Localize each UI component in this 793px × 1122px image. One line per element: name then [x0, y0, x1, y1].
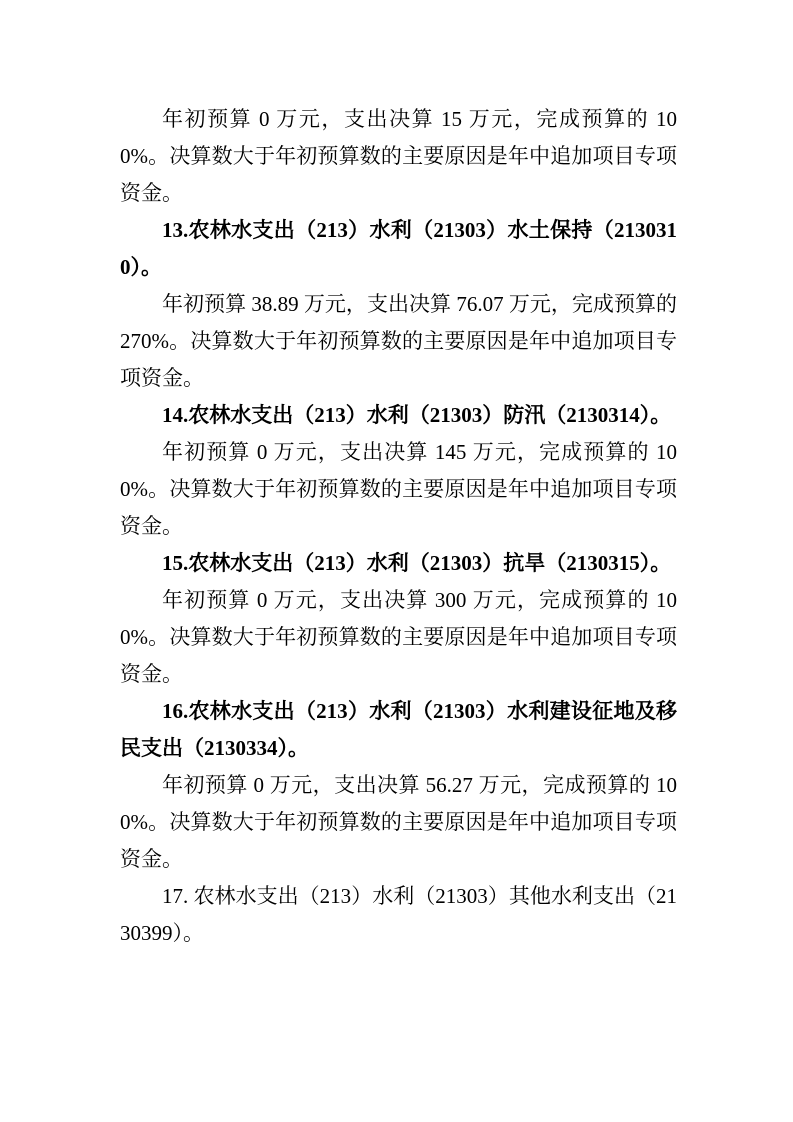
section-heading-13: 13.农林水支出（213）水利（21303）水土保持（2130310）。	[120, 212, 677, 286]
budget-paragraph-15: 年初预算 0 万元，支出决算 300 万元，完成预算的 100%。决算数大于年初…	[120, 582, 677, 693]
section-heading-17: 17. 农林水支出（213）水利（21303）其他水利支出（2130399）。	[120, 878, 677, 952]
document-page: 年初预算 0 万元，支出决算 15 万元，完成预算的 100%。决算数大于年初预…	[0, 0, 793, 1122]
budget-paragraph-continued: 年初预算 0 万元，支出决算 15 万元，完成预算的 100%。决算数大于年初预…	[120, 101, 677, 212]
budget-paragraph-16: 年初预算 0 万元，支出决算 56.27 万元，完成预算的 100%。决算数大于…	[120, 767, 677, 878]
budget-paragraph-13: 年初预算 38.89 万元，支出决算 76.07 万元，完成预算的 270%。决…	[120, 286, 677, 397]
page-content: 年初预算 0 万元，支出决算 15 万元，完成预算的 100%。决算数大于年初预…	[120, 101, 677, 952]
budget-paragraph-14: 年初预算 0 万元，支出决算 145 万元，完成预算的 100%。决算数大于年初…	[120, 434, 677, 545]
section-heading-15: 15.农林水支出（213）水利（21303）抗旱（2130315）。	[120, 545, 677, 582]
section-heading-16: 16.农林水支出（213）水利（21303）水利建设征地及移民支出（213033…	[120, 693, 677, 767]
section-heading-14: 14.农林水支出（213）水利（21303）防汛（2130314）。	[120, 397, 677, 434]
